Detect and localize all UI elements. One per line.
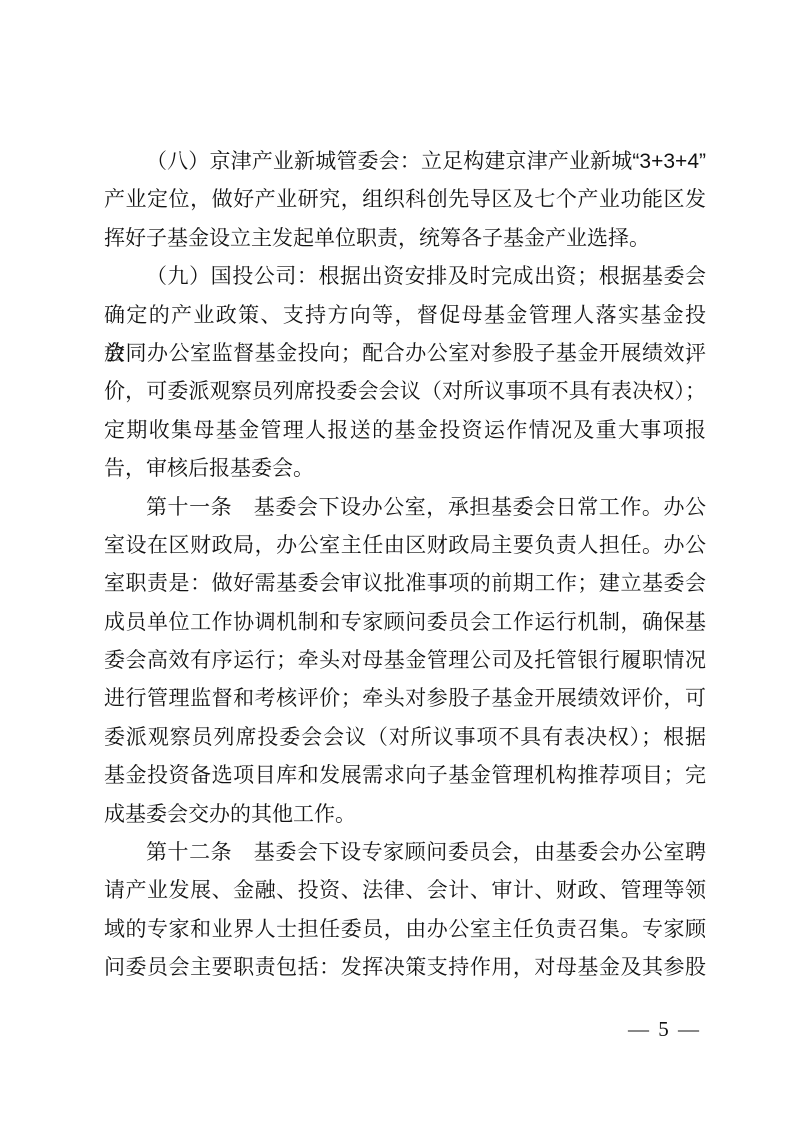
document-page: （八）京津产业新城管委会：立足构建京津产业新城“3+3+4”产业定位，做好产业研… — [0, 0, 793, 1122]
page-number: — 5 — — [628, 1017, 701, 1042]
text-line: 确定的产业政策、支持方向等，督促母基金管理人落实基金投放， — [104, 297, 706, 335]
text-line: 第十二条 基委会下设专家顾问委员会，由基委会办公室聘 — [104, 834, 706, 872]
text-line: 会同办公室监督基金投向；配合办公室对参股子基金开展绩效评 — [104, 335, 706, 373]
text-line: 告，审核后报基委会。 — [104, 450, 706, 488]
text-line: 定期收集母基金管理人报送的基金投资运作情况及重大事项报 — [104, 412, 706, 450]
text-line: 进行管理监督和考核评价；牵头对参股子基金开展绩效评价，可 — [104, 680, 706, 718]
text-line: 价，可委派观察员列席投委会会议（对所议事项不具有表决权）； — [104, 373, 706, 411]
document-body: （八）京津产业新城管委会：立足构建京津产业新城“3+3+4”产业定位，做好产业研… — [104, 143, 706, 988]
text-line: 域的专家和业界人士担任委员，由办公室主任负责召集。专家顾 — [104, 911, 706, 949]
text-line: 请产业发展、金融、投资、法律、会计、审计、财政、管理等领 — [104, 872, 706, 910]
text-line: 室职责是：做好需基委会审议批准事项的前期工作；建立基委会 — [104, 565, 706, 603]
text-line: 委会高效有序运行；牵头对母基金管理公司及托管银行履职情况 — [104, 642, 706, 680]
text-line: （八）京津产业新城管委会：立足构建京津产业新城“3+3+4” — [104, 143, 706, 181]
text-line: 委派观察员列席投委会会议（对所议事项不具有表决权）；根据 — [104, 719, 706, 757]
text-line: 产业定位，做好产业研究，组织科创先导区及七个产业功能区发 — [104, 181, 706, 219]
text-line: 挥好子基金设立主发起单位职责，统筹各子基金产业选择。 — [104, 220, 706, 258]
text-line: 第十一条 基委会下设办公室，承担基委会日常工作。办公 — [104, 489, 706, 527]
text-line: 成员单位工作协调机制和专家顾问委员会工作运行机制，确保基 — [104, 604, 706, 642]
text-line: 基金投资备选项目库和发展需求向子基金管理机构推荐项目；完 — [104, 757, 706, 795]
text-line: 问委员会主要职责包括：发挥决策支持作用，对母基金及其参股 — [104, 949, 706, 987]
text-line: （九）国投公司：根据出资安排及时完成出资；根据基委会 — [104, 258, 706, 296]
text-line: 成基委会交办的其他工作。 — [104, 796, 706, 834]
text-line: 室设在区财政局，办公室主任由区财政局主要负责人担任。办公 — [104, 527, 706, 565]
